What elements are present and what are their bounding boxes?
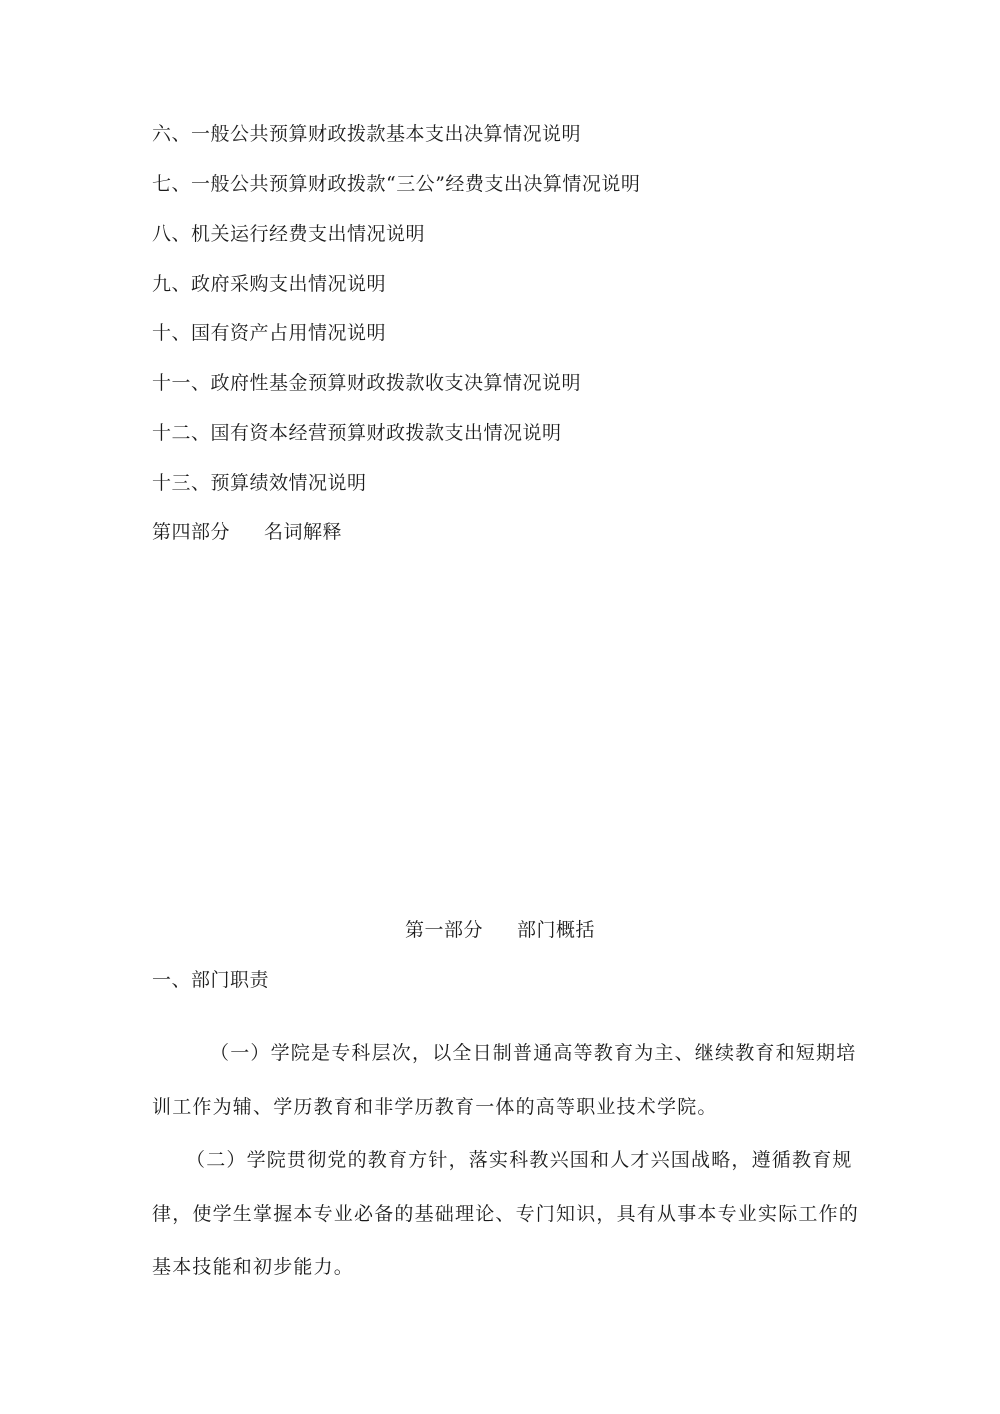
toc-part4-label: 第四部分: [152, 521, 230, 543]
part1-heading: 第一部分部门概括: [0, 918, 1000, 942]
paragraph-1-line-1: （一）学院是专科层次，以全日制普通高等教育为主、继续教育和短期培: [210, 1041, 910, 1065]
part1-label: 第一部分: [405, 919, 483, 941]
paragraph-2-line-3: 基本技能和初步能力。: [152, 1255, 852, 1279]
toc-item-11: 十一、政府性基金预算财政拨款收支决算情况说明: [152, 371, 581, 395]
toc-item-9: 九、政府采购支出情况说明: [152, 272, 386, 296]
toc-part4-heading: 第四部分名词解释: [152, 520, 342, 544]
toc-item-10: 十、国有资产占用情况说明: [152, 321, 386, 345]
toc-item-12: 十二、国有资本经营预算财政拨款支出情况说明: [152, 421, 562, 445]
part1-title: 部门概括: [517, 919, 595, 941]
paragraph-2-line-1: （二）学院贯彻党的教育方针，落实科教兴国和人才兴国战略，遵循教育规: [186, 1148, 886, 1172]
toc-item-7: 七、一般公共预算财政拨款“三公”经费支出决算情况说明: [152, 172, 640, 196]
toc-part4-title: 名词解释: [264, 521, 342, 543]
toc-item-6: 六、一般公共预算财政拨款基本支出决算情况说明: [152, 122, 581, 146]
paragraph-1-line-2: 训工作为辅、学历教育和非学历教育一体的高等职业技术学院。: [152, 1095, 852, 1119]
paragraph-2-line-2: 律，使学生掌握本专业必备的基础理论、专门知识，具有从事本专业实际工作的: [152, 1202, 852, 1226]
section-subheading: 一、部门职责: [152, 968, 269, 992]
toc-item-13: 十三、预算绩效情况说明: [152, 471, 367, 495]
toc-item-8: 八、机关运行经费支出情况说明: [152, 222, 425, 246]
